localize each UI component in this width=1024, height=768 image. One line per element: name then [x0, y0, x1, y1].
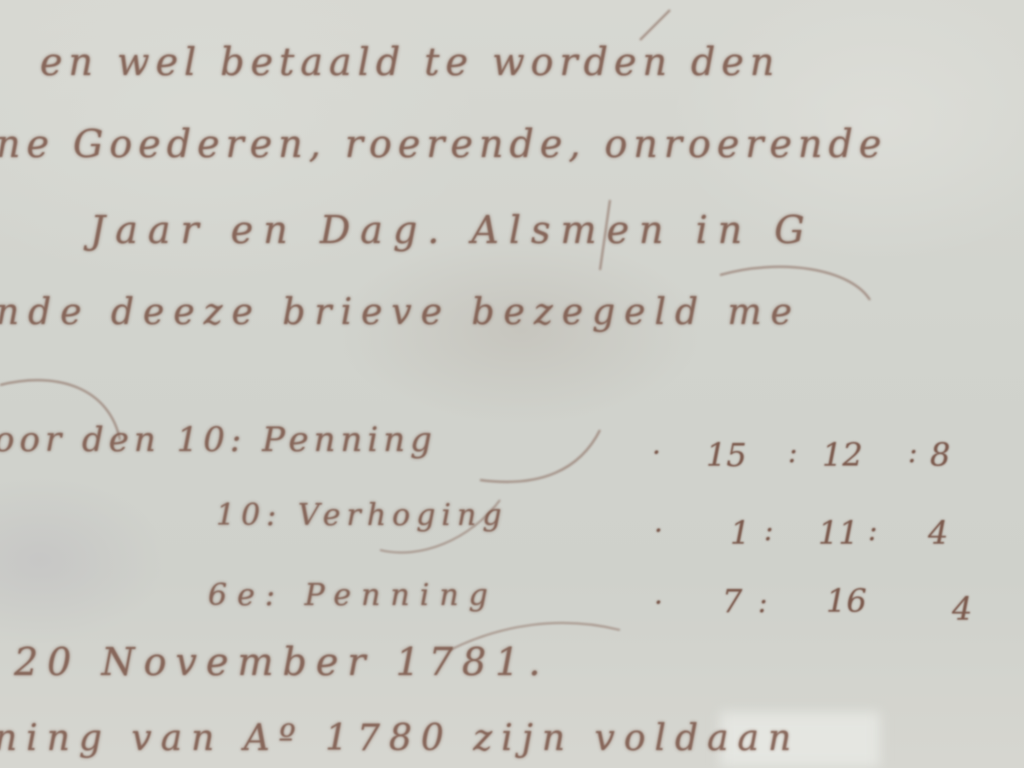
ledger-amount-3-pence: 4: [952, 590, 972, 628]
ledger-amount-2-pence: 4: [928, 514, 948, 552]
manuscript-line-1: en wel betaald te worden den: [40, 40, 780, 84]
manuscript-line-last: ning van Aº 1780 zijn voldaan: [0, 718, 800, 759]
ledger-amount-1-pence: 8: [930, 436, 950, 474]
ledger-label-2: 10: Verhoging: [216, 498, 508, 533]
ledger-amount-1-pounds: 15: [706, 436, 747, 474]
ledger-amount-3-pounds: 7: [722, 582, 742, 620]
ledger-amount-1-shillings: 12: [822, 436, 863, 474]
ledger-amount-2-pounds: 1: [730, 514, 750, 552]
ledger-amount-2-shillings: 11: [818, 514, 859, 552]
manuscript-date-line: 20 November 1781.: [14, 640, 549, 684]
ledger-amount-3-shillings: 16: [826, 582, 867, 620]
ledger-label-3: 6e: Penning: [208, 578, 498, 613]
manuscript-line-2: ne Goederen, roerende, onroerende: [0, 122, 887, 166]
manuscript-line-4: nde deeze brieve bezegeld me: [0, 292, 801, 333]
ledger-label-1: oor den 10: Penning: [0, 420, 437, 460]
manuscript-line-3: Jaar en Dag. Alsmen in G: [90, 208, 815, 252]
